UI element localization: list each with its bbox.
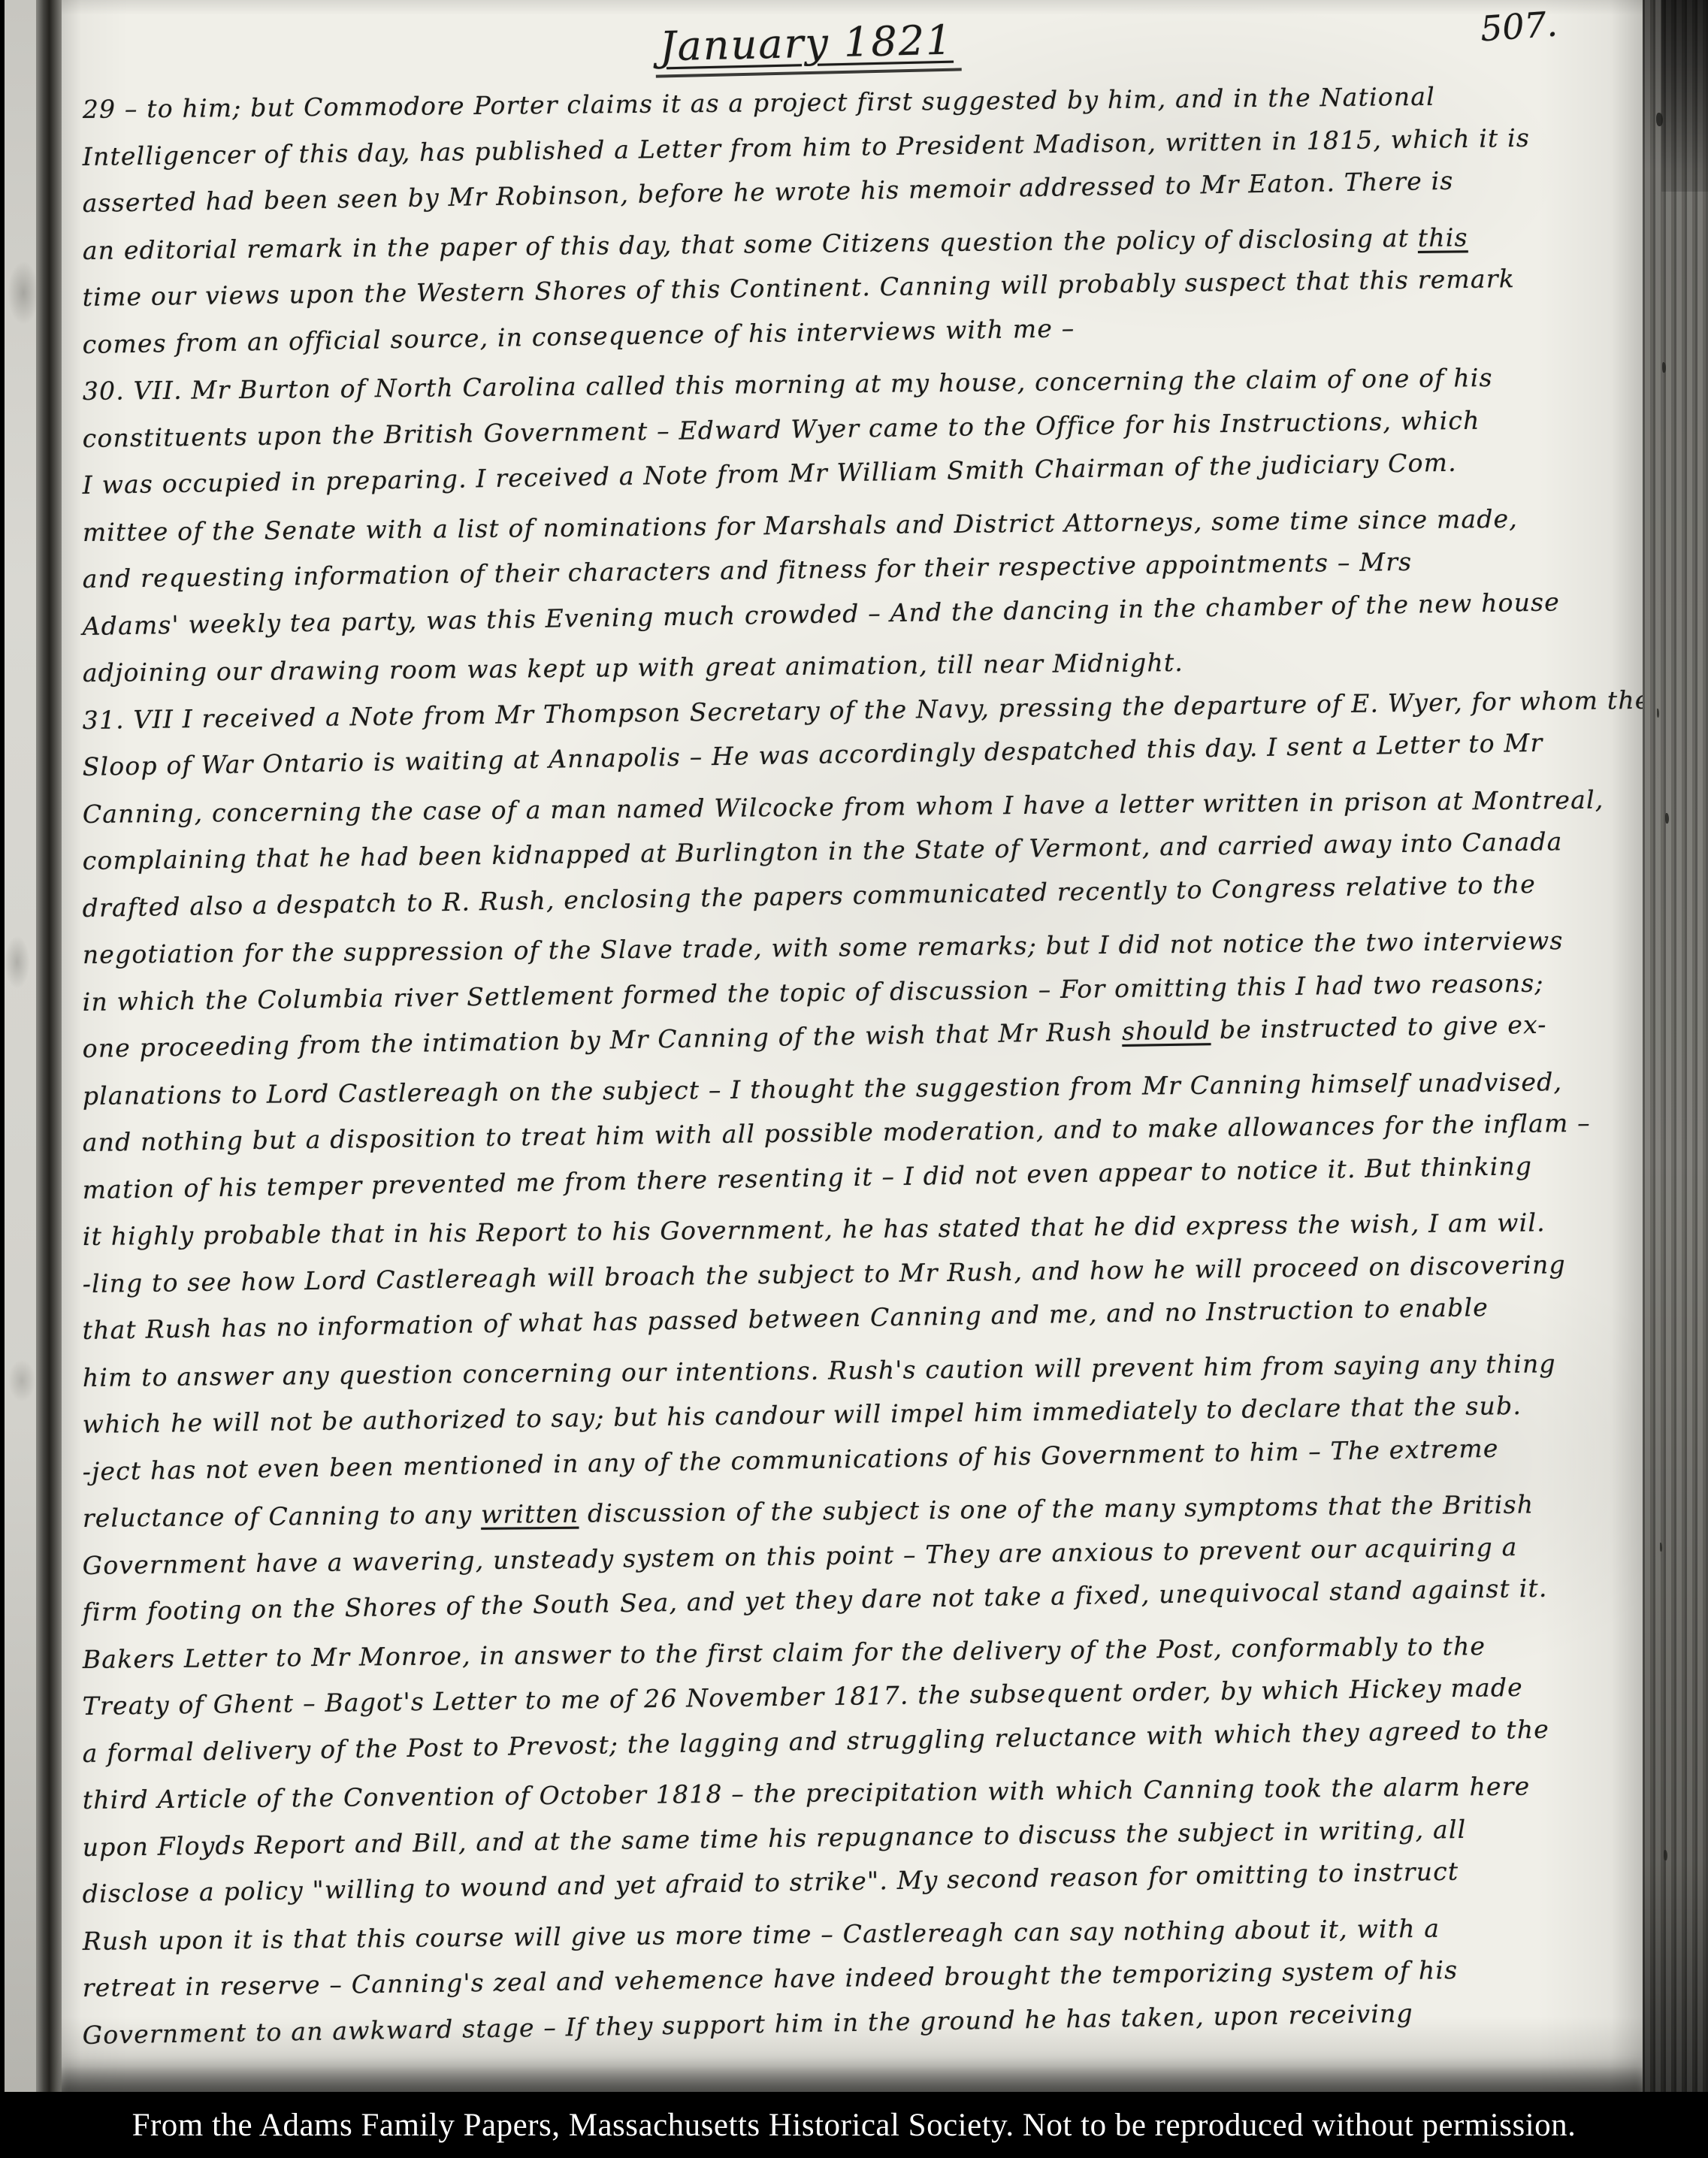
book-gutter [36, 0, 62, 2095]
manuscript-page: January 1821 507. 29 – to him; but Commo… [62, 0, 1643, 2092]
caption-text: From the Adams Family Papers, Massachuse… [132, 2107, 1576, 2144]
book-page-edges [1643, 0, 1708, 2113]
caption-band: From the Adams Family Papers, Massachuse… [0, 2092, 1708, 2158]
page-title: January 1821 [654, 16, 961, 77]
manuscript-lines: 29 – to him; but Commodore Porter claims… [83, 95, 1632, 2067]
page-number: 507. [1479, 3, 1558, 49]
manuscript-photo: January 1821 507. 29 – to him; but Commo… [0, 0, 1708, 2158]
facing-page-edge [5, 0, 36, 2092]
